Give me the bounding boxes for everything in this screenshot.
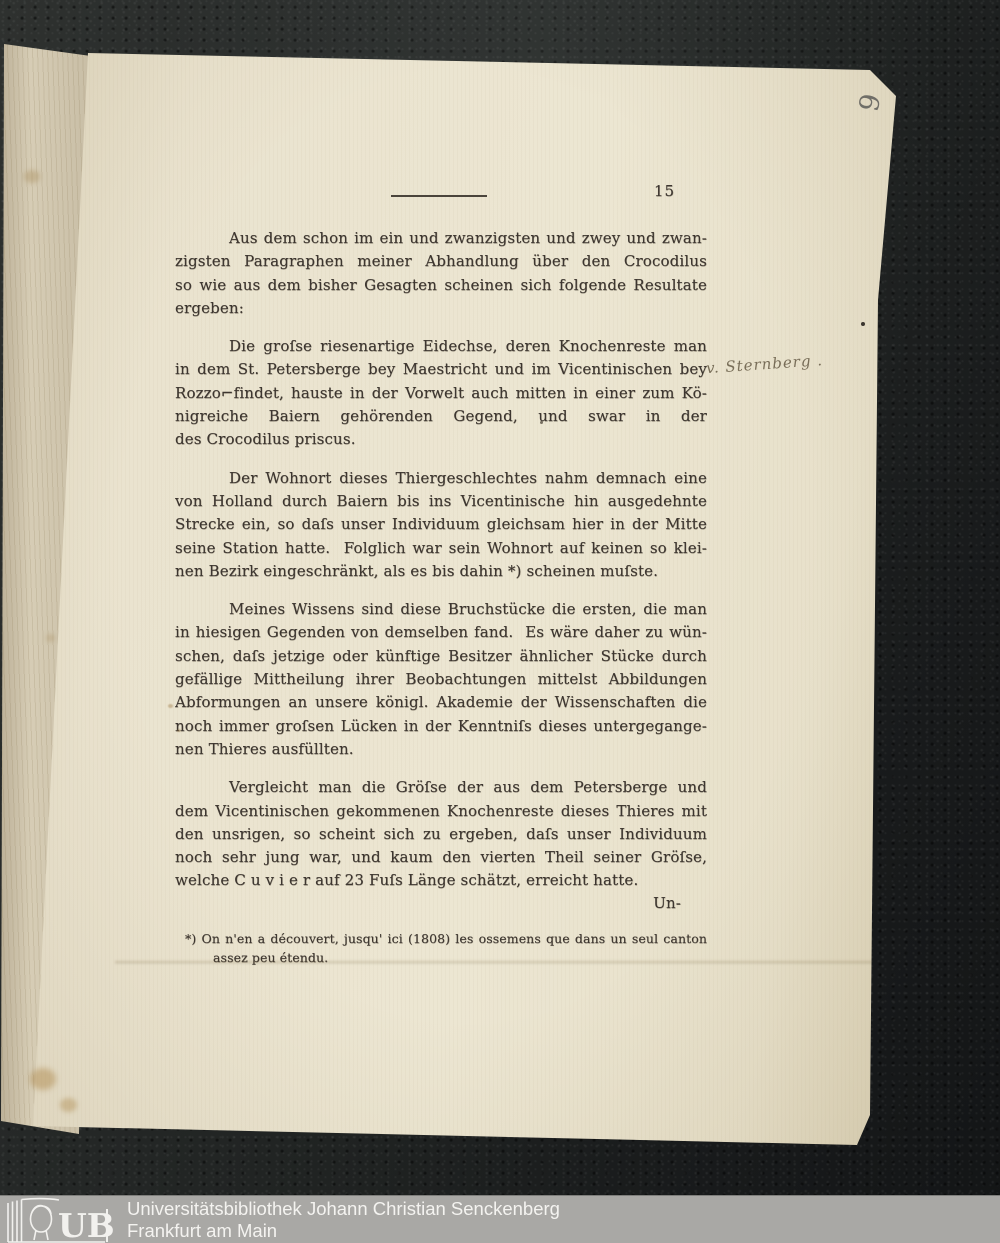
paragraph-4: Meines Wissens sind diese Bruchstücke di… xyxy=(175,598,707,761)
text-line: ergeben: xyxy=(175,297,707,320)
text-line: dem Vicentinischen gekommenen Knochenres… xyxy=(175,800,707,823)
text-line: in dem St. Petersberge bey Maestricht un… xyxy=(175,358,707,381)
section-rule xyxy=(391,195,487,197)
text-line: Vergleicht man die Gröſse der aus dem Pe… xyxy=(175,776,707,799)
paper-crease xyxy=(115,960,875,964)
paragraph-3: Der Wohnort dieses Thiergeschlechtes nah… xyxy=(175,467,707,583)
catchword: Un- xyxy=(175,894,707,914)
text-line: so wie aus dem bisher Gesagten scheinen … xyxy=(175,274,707,297)
library-footer: UB Universitätsbibliothek Johann Christi… xyxy=(0,1195,1000,1243)
text-line: in hiesigen Gegenden von demselben fand.… xyxy=(175,621,707,644)
text-line: Meines Wissens sind diese Bruchstücke di… xyxy=(175,598,707,621)
text-line: gefällige Mittheilung ihrer Beobachtunge… xyxy=(175,668,707,691)
foxing-speck xyxy=(177,729,181,732)
page-header: 15 xyxy=(175,182,707,212)
text-line: noch immer groſsen Lücken in der Kenntni… xyxy=(175,715,707,738)
ub-library-logo[interactable]: UB xyxy=(5,1196,115,1243)
text-line: Die groſse riesenartige Eidechse, deren … xyxy=(175,335,707,358)
paragraph-2: Die groſse riesenartige Eidechse, deren … xyxy=(175,335,707,451)
text-line: Aus dem schon im ein und zwanzigsten und… xyxy=(175,227,707,250)
foxing-speck xyxy=(168,704,173,708)
text-line: den unsrigen, so scheint sich zu ergeben… xyxy=(175,823,707,846)
text-line: von Holland durch Baiern bis ins Vicenti… xyxy=(175,490,707,513)
text-line: zigsten Paragraphen meiner Abhandlung üb… xyxy=(175,250,707,273)
book-scan-viewer: 15 Aus dem schon im ein und zwanzigsten … xyxy=(0,0,1000,1243)
text-line: nen Thieres ausfüllten. xyxy=(175,738,707,761)
ink-speck xyxy=(861,322,865,326)
text-line: des Crocodilus priscus. xyxy=(175,428,707,451)
text-line: schen, daſs jetzige oder künftige Besitz… xyxy=(175,645,707,668)
printed-text-block: 15 Aus dem schon im ein und zwanzigsten … xyxy=(175,182,707,967)
text-line: noch sehr jung war, und kaum den vierten… xyxy=(175,846,707,869)
text-line: *) On n'en a découvert, jusqu' ici (1808… xyxy=(185,929,707,948)
text-line: Der Wohnort dieses Thiergeschlechtes nah… xyxy=(175,467,707,490)
footer-text: Universitätsbibliothek Johann Christian … xyxy=(127,1198,560,1242)
text-line: Strecke ein, so daſs unser Individuum gl… xyxy=(175,513,707,536)
text-line: Rozzo⌐findet, hauste in der Vorwelt auch… xyxy=(175,382,707,405)
library-name: Universitätsbibliothek Johann Christian … xyxy=(127,1198,560,1220)
library-city: Frankfurt am Main xyxy=(127,1220,560,1242)
page-number: 15 xyxy=(654,182,675,200)
scanned-page: 15 Aus dem schon im ein und zwanzigsten … xyxy=(25,48,910,1153)
text-line: seine Station hatte. Folglich war sein W… xyxy=(175,537,707,560)
text-line: Abformungen an unsere königl. Akademie d… xyxy=(175,691,707,714)
text-line: welche C u v i e r auf 23 Fuſs Länge sch… xyxy=(175,869,707,892)
text-line: nen Bezirk eingeschränkt, als es bis dah… xyxy=(175,560,707,583)
paragraph-5: Vergleicht man die Gröſse der aus dem Pe… xyxy=(175,776,707,892)
text-line: nigreiche Baiern gehörenden Gegend, und … xyxy=(175,405,707,428)
paragraph-1: Aus dem schon im ein und zwanzigsten und… xyxy=(175,227,707,320)
ink-speck xyxy=(540,421,543,424)
